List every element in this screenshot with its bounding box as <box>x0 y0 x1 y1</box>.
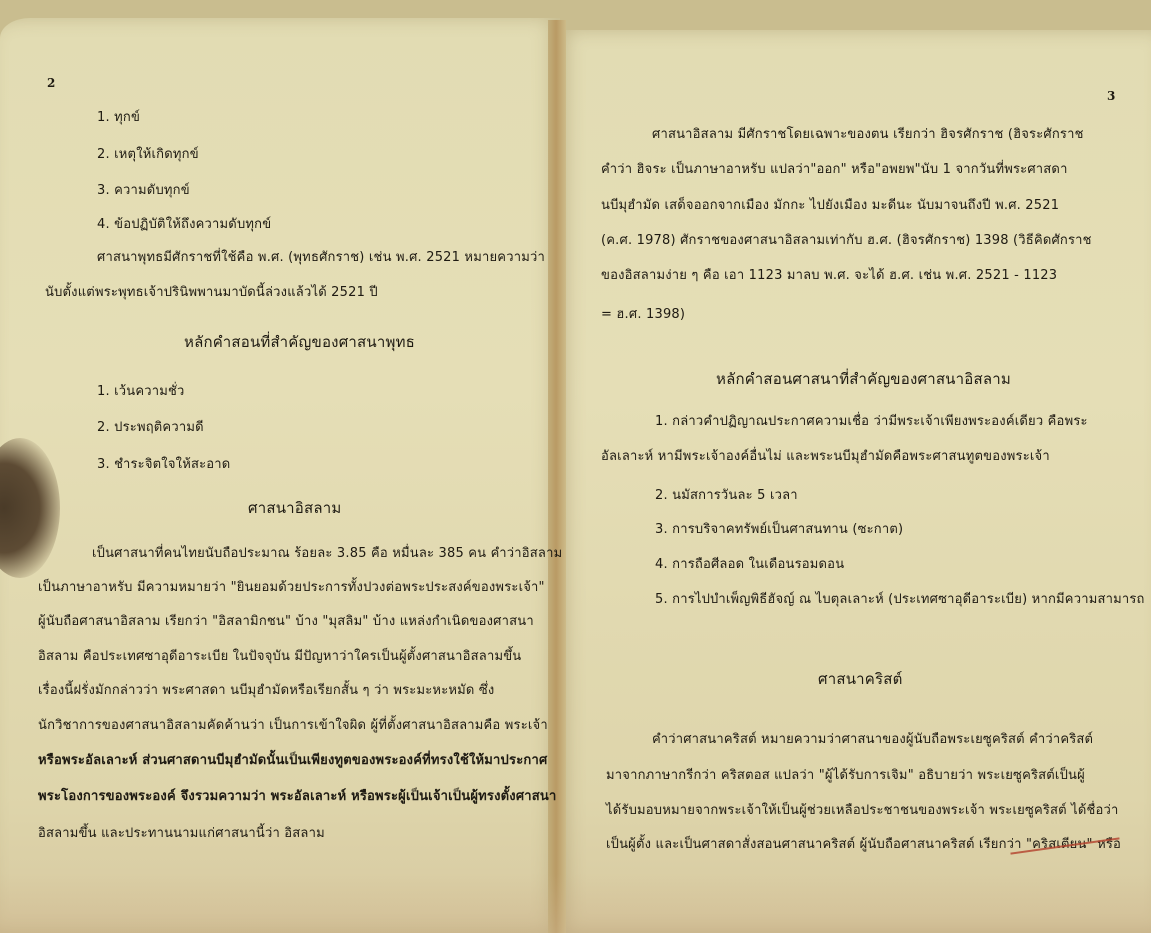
islam-paragraph-line: อิสลามขึ้น และประทานนามแก่ศาสนานี้ว่า อิ… <box>38 822 325 843</box>
page-number-left: 2 <box>47 76 56 90</box>
noble-truth-item: 4. ข้อปฏิบัติให้ถึงความดับทุกข์ <box>97 213 271 234</box>
islam-teachings-heading: หลักคำสอนศาสนาที่สำคัญของศาสนาอิสลาม <box>716 367 1011 391</box>
hijri-paragraph-line: = ฮ.ศ. 1398) <box>601 303 685 324</box>
noble-truth-item: 3. ความดับทุกข์ <box>97 179 190 200</box>
hijri-paragraph-line: คำว่า ฮิจระ เป็นภาษาอาหรับ แปลว่า"ออก" ห… <box>601 158 1068 179</box>
buddhism-teaching-item: 2. ประพฤติความดี <box>97 416 204 437</box>
christianity-paragraph-line: เป็นผู้ตั้ง และเป็นศาสดาสั่งสอนศาสนาคริส… <box>606 833 1121 854</box>
hijri-paragraph-line: ศาสนาอิสลาม มีศักราชโดยเฉพาะของตน เรียกว… <box>652 123 1084 144</box>
islam-teaching-item: อัลเลาะห์ หามีพระเจ้าองค์อื่นไม่ และพระน… <box>601 445 1050 466</box>
christianity-paragraph-line: ได้รับมอบหมายจากพระเจ้าให้เป็นผู้ช่วยเหล… <box>606 799 1119 820</box>
buddhism-teaching-item: 1. เว้นความชั่ว <box>97 380 185 401</box>
noble-truth-item: 1. ทุกข์ <box>97 106 140 127</box>
buddhism-teaching-item: 3. ชำระจิตใจให้สะอาด <box>97 453 230 474</box>
buddhism-teachings-heading: หลักคำสอนที่สำคัญของศาสนาพุทธ <box>184 330 415 354</box>
islam-paragraph-line: เรื่องนี้ฝรั่งมักกล่าวว่า พระศาสดา นบีมุ… <box>38 679 494 700</box>
christianity-paragraph-line: คำว่าศาสนาคริสต์ หมายความว่าศาสนาของผู้น… <box>652 728 1093 749</box>
era-paragraph-line: ศาสนาพุทธมีศักราชที่ใช้คือ พ.ศ. (พุทธศัก… <box>97 246 545 267</box>
hijri-paragraph-line: นบีมุฮำมัด เสด็จออกจากเมือง มักกะ ไปยังเ… <box>601 194 1059 215</box>
christianity-heading: ศาสนาคริสต์ <box>818 667 903 691</box>
islam-paragraph-line: ผู้นับถือศาสนาอิสลาม เรียกว่า "อิสลามิกช… <box>38 610 534 631</box>
stain-mark <box>0 438 60 578</box>
christianity-paragraph-line: มาจากภาษากรีกว่า คริสตอส แปลว่า "ผู้ได้ร… <box>606 764 1085 785</box>
page-shadow <box>0 873 1151 933</box>
noble-truth-item: 2. เหตุให้เกิดทุกข์ <box>97 143 199 164</box>
page-number-right: 3 <box>1107 89 1116 103</box>
book-spread: 2 1. ทุกข์ 2. เหตุให้เกิดทุกข์ 3. ความดั… <box>0 0 1151 933</box>
islam-paragraph-line: เป็นศาสนาที่คนไทยนับถือประมาณ ร้อยละ 3.8… <box>92 542 562 563</box>
islam-paragraph-line: นักวิชาการของศาสนาอิสลามคัดค้านว่า เป็นก… <box>38 714 548 735</box>
islam-heading: ศาสนาอิสลาม <box>248 496 341 520</box>
islam-paragraph-line: เป็นภาษาอาหรับ มีความหมายว่า "ยินยอมด้วย… <box>38 576 545 597</box>
islam-paragraph-line: อิสลาม คือประเทศซาอุดีอาระเบีย ในปัจจุบั… <box>38 645 521 666</box>
islam-teaching-item: 4. การถือศีลอด ในเดือนรอมดอน <box>655 553 844 574</box>
hijri-paragraph-line: (ค.ศ. 1978) ศักราชของศาสนาอิสลามเท่ากับ … <box>601 229 1092 250</box>
islam-teaching-item: 2. นมัสการวันละ 5 เวลา <box>655 484 798 505</box>
islam-teaching-item: 1. กล่าวคำปฏิญาณประกาศความเชื่อ ว่ามีพระ… <box>655 410 1088 431</box>
islam-paragraph-line: หรือพระอัลเลาะห์ ส่วนศาสดานบีมุฮำมัดนั้น… <box>38 749 547 770</box>
islam-teaching-item: 3. การบริจาคทรัพย์เป็นศาสนทาน (ซะกาต) <box>655 518 903 539</box>
islam-teaching-item: 5. การไปบำเพ็ญพิธีฮัจญ์ ณ ไบตุลเลาะห์ (ป… <box>655 588 1145 609</box>
era-paragraph-line: นับตั้งแต่พระพุทธเจ้าปรินิพพานมาบัดนี้ล่… <box>45 281 378 302</box>
islam-paragraph-line: พระโองการของพระองค์ จึงรวมความว่า พระอัล… <box>38 785 557 806</box>
hijri-paragraph-line: ของอิสลามง่าย ๆ คือ เอา 1123 มาลบ พ.ศ. จ… <box>601 264 1057 285</box>
